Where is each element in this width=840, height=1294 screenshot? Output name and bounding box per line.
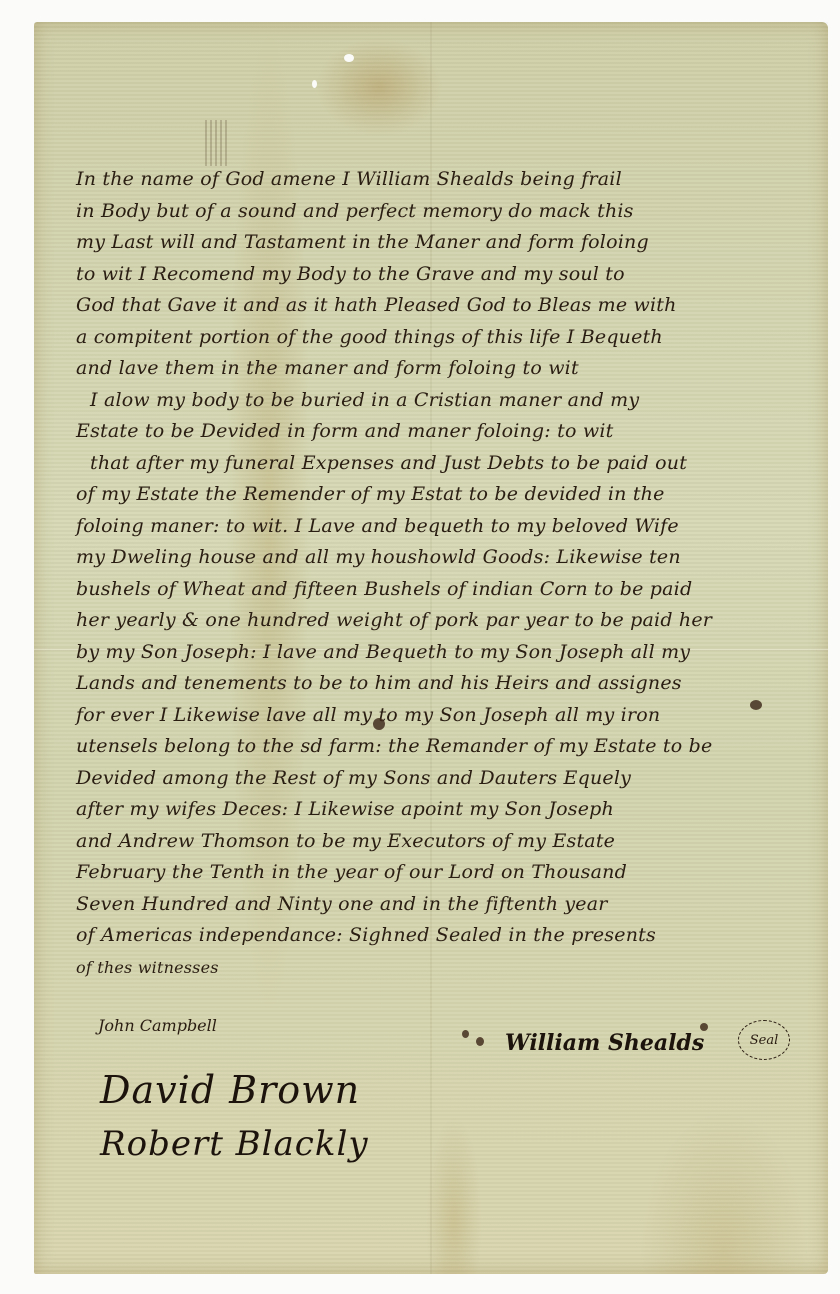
ink-bleed-mark bbox=[205, 120, 227, 166]
seal-label: Seal bbox=[750, 1033, 779, 1048]
text-line-4: to wit I Recomend my Body to the Grave a… bbox=[76, 259, 806, 291]
text-line-14: bushels of Wheat and fifteen Bushels of … bbox=[76, 574, 806, 606]
text-line-24: Seven Hundred and Ninty one and in the f… bbox=[76, 889, 806, 921]
text-line-1: In the name of God amene I William Sheal… bbox=[76, 164, 806, 196]
text-line-23: February the Tenth in the year of our Lo… bbox=[76, 857, 806, 889]
text-line-19: utensels belong to the sd farm: the Rema… bbox=[76, 731, 806, 763]
will-body-text: In the name of God amene I William Sheal… bbox=[76, 164, 806, 983]
ink-blot bbox=[462, 1030, 469, 1038]
text-line-21: after my wifes Deces: I Likewise apoint … bbox=[76, 794, 806, 826]
text-line-3: my Last will and Tastament in the Maner … bbox=[76, 227, 806, 259]
text-line-12: foloing maner: to wit. I Lave and bequet… bbox=[76, 511, 806, 543]
text-line-10: that after my funeral Expenses and Just … bbox=[76, 448, 806, 480]
witness-signature-david-brown: David Brown bbox=[100, 1068, 360, 1112]
ink-blot bbox=[476, 1037, 484, 1046]
text-line-16: by my Son Joseph: I lave and Bequeth to … bbox=[76, 637, 806, 669]
paper-hole bbox=[312, 80, 317, 88]
text-line-8: I alow my body to be buried in a Cristia… bbox=[76, 385, 806, 417]
text-line-11: of my Estate the Remender of my Estat to… bbox=[76, 479, 806, 511]
text-line-2: in Body but of a sound and perfect memor… bbox=[76, 196, 806, 228]
text-line-15: her yearly & one hundred weight of pork … bbox=[76, 605, 806, 637]
text-line-17: Lands and tenements to be to him and his… bbox=[76, 668, 806, 700]
text-line-18: for ever I Likewise lave all my to my So… bbox=[76, 700, 806, 732]
text-line-25: of Americas independance: Sighned Sealed… bbox=[76, 920, 806, 952]
text-line-7: and lave them in the maner and form folo… bbox=[76, 353, 806, 385]
text-line-26: of thes witnesses bbox=[76, 952, 806, 984]
wax-seal-mark: Seal bbox=[738, 1020, 790, 1060]
text-line-5: God that Gave it and as it hath Pleased … bbox=[76, 290, 806, 322]
text-line-9: Estate to be Devided in form and maner f… bbox=[76, 416, 806, 448]
ink-blot bbox=[373, 718, 385, 730]
ink-blot bbox=[750, 700, 762, 710]
witness-signature-john-campbell: John Campbell bbox=[98, 1016, 217, 1035]
text-line-22: and Andrew Thomson to be my Executors of… bbox=[76, 826, 806, 858]
text-line-6: a compitent portion of the good things o… bbox=[76, 322, 806, 354]
text-line-13: my Dweling house and all my houshowld Go… bbox=[76, 542, 806, 574]
testator-signature: William Shealds bbox=[505, 1030, 704, 1056]
witness-signature-robert-blackly: Robert Blackly bbox=[100, 1124, 369, 1164]
paper-hole bbox=[344, 54, 354, 62]
text-line-20: Devided among the Rest of my Sons and Da… bbox=[76, 763, 806, 795]
